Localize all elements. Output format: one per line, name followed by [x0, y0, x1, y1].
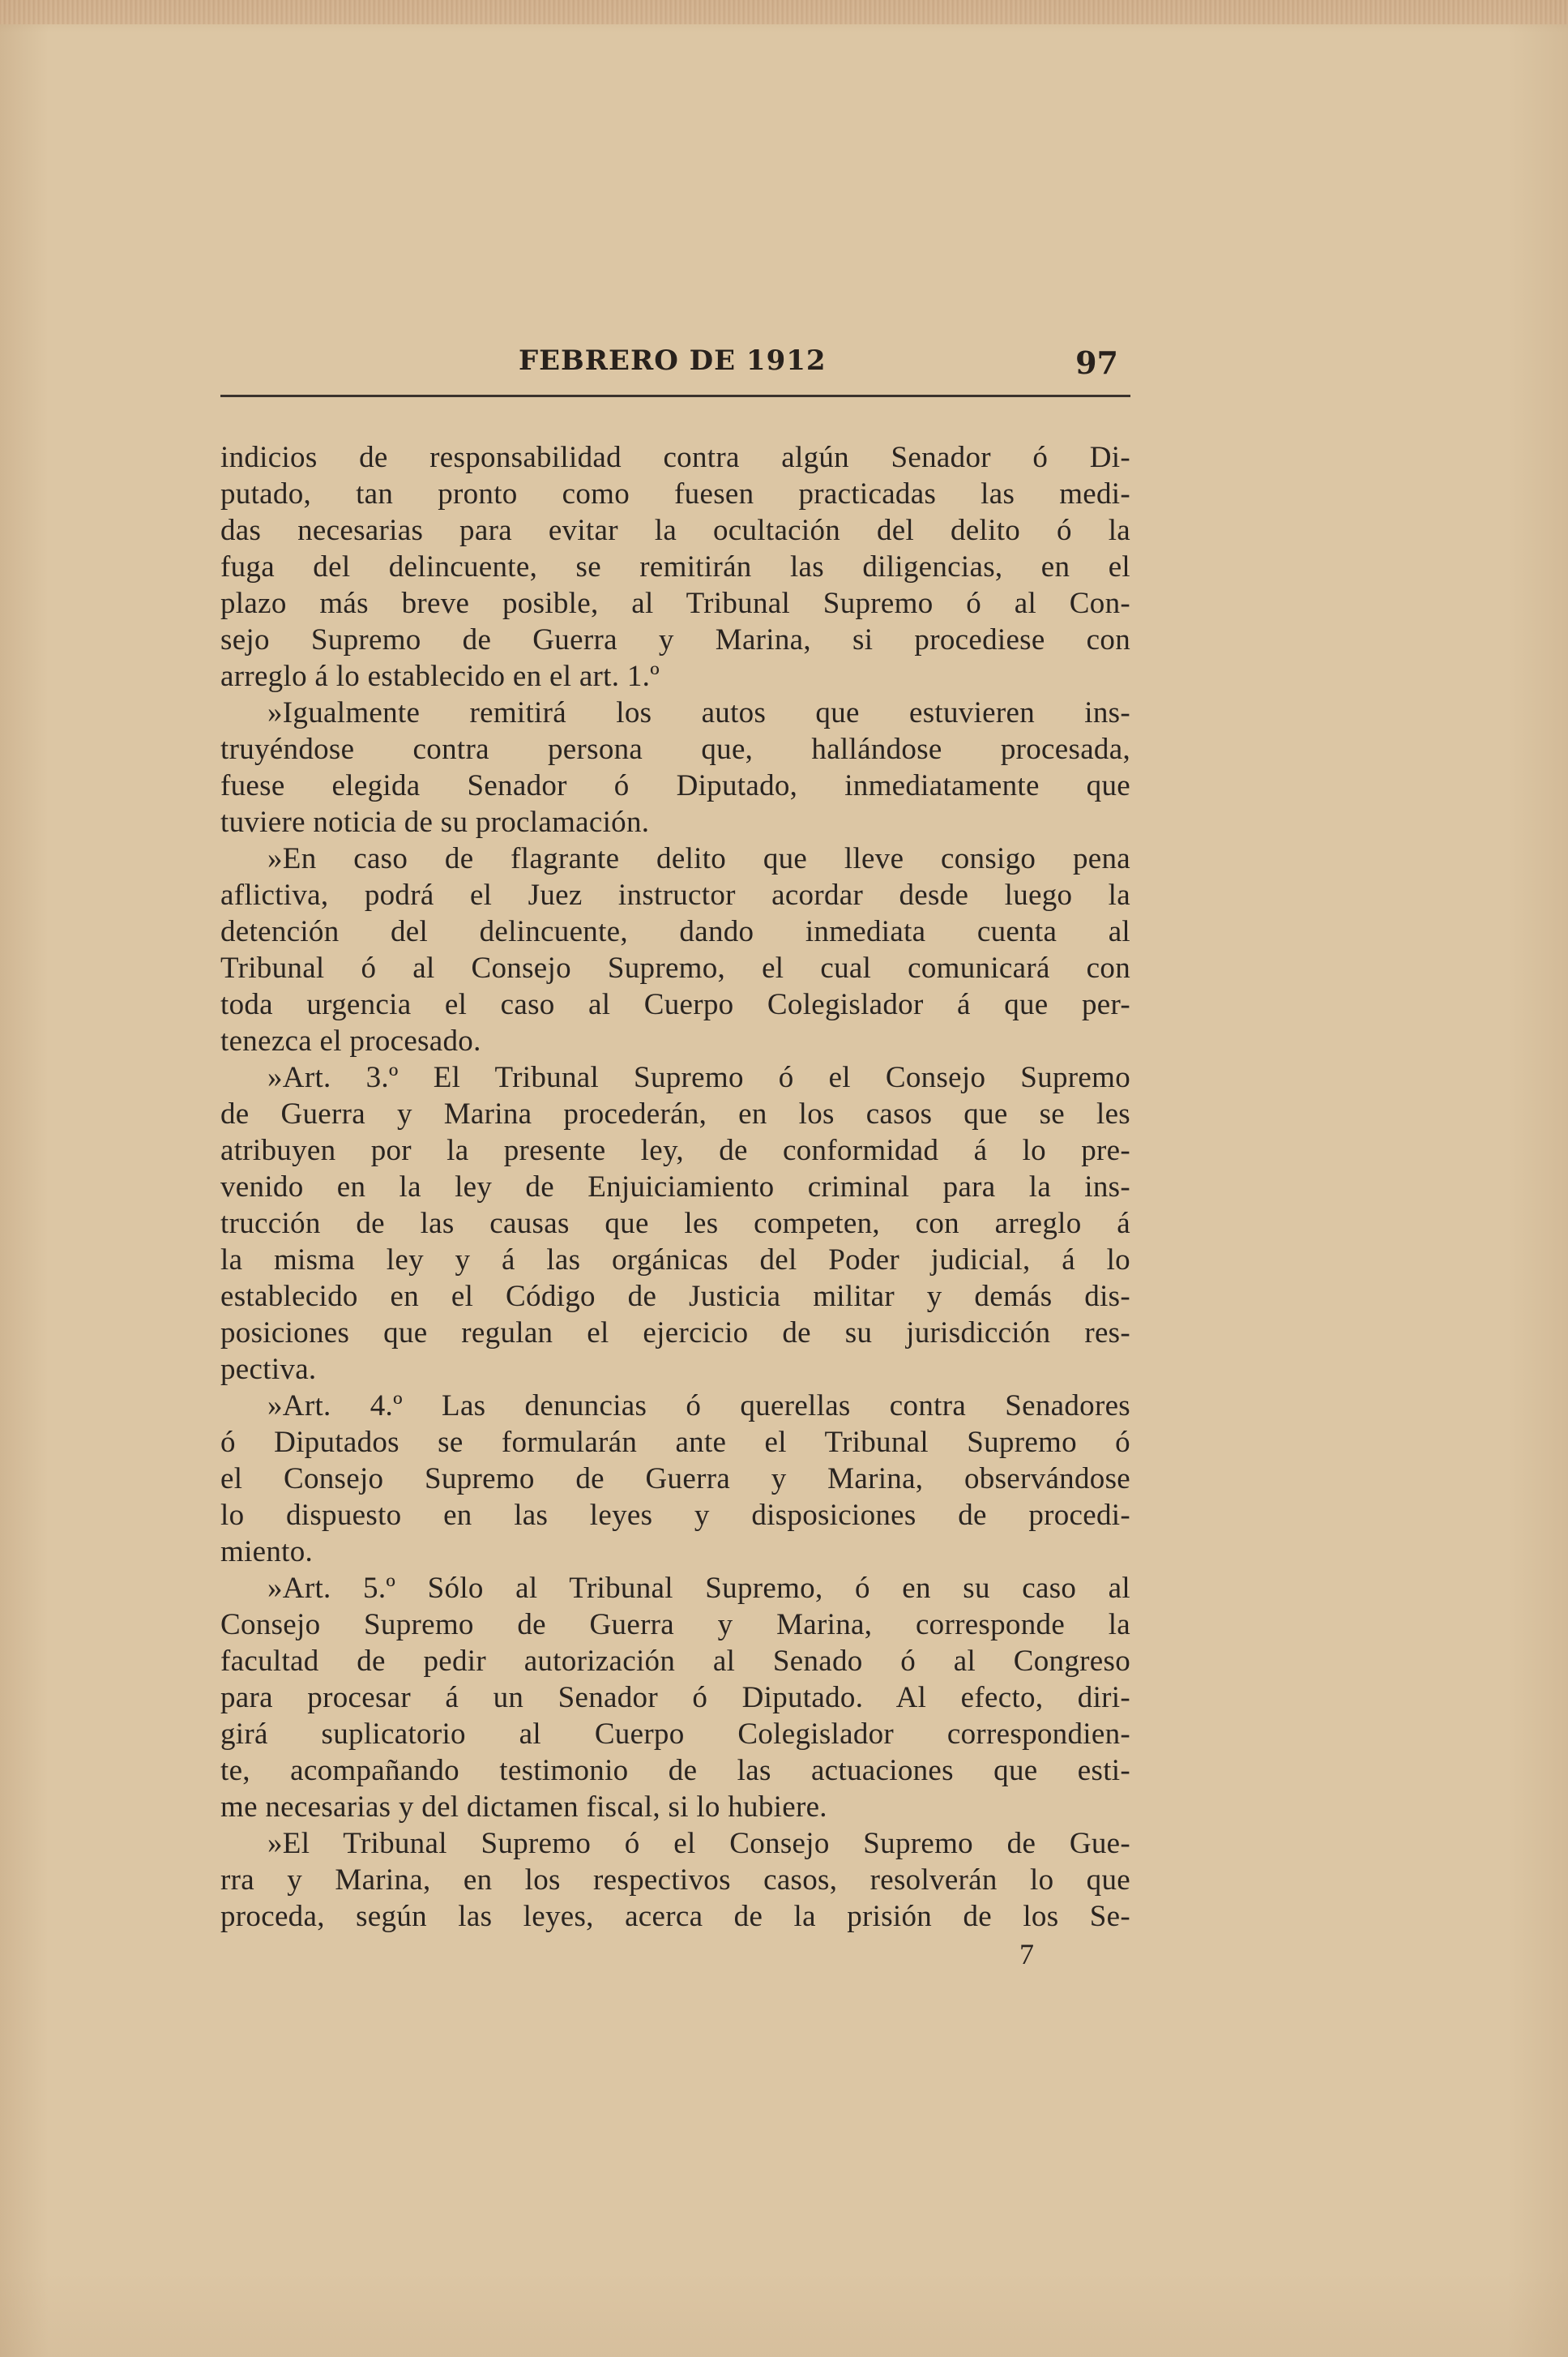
text-line: establecido en el Código de Justicia mil…	[220, 1278, 1130, 1315]
text-line: el Consejo Supremo de Guerra y Marina, o…	[220, 1461, 1130, 1497]
text-line: tenezca el procesado.	[220, 1023, 1130, 1059]
text-line: tuviere noticia de su proclamación.	[220, 804, 1130, 841]
text-line: para procesar á un Senador ó Diputado. A…	[220, 1679, 1130, 1716]
text-line: de Guerra y Marina procederán, en los ca…	[220, 1096, 1130, 1132]
text-line: miento.	[220, 1534, 1130, 1570]
text-line: putado, tan pronto como fuesen practicad…	[220, 476, 1130, 512]
text-line: »Art. 5.º Sólo al Tribunal Supremo, ó en…	[220, 1570, 1130, 1606]
signature-mark: 7	[1019, 1937, 1034, 1971]
header-rule	[220, 395, 1130, 397]
text-line: te, acompañando testimonio de las actuac…	[220, 1752, 1130, 1789]
text-line: Tribunal ó al Consejo Supremo, el cual c…	[220, 950, 1130, 986]
text-line: plazo más breve posible, al Tribunal Sup…	[220, 585, 1130, 622]
text-line: »El Tribunal Supremo ó el Consejo Suprem…	[220, 1825, 1130, 1862]
text-line: pectiva.	[220, 1351, 1130, 1388]
running-head: FEBRERO DE 1912	[519, 344, 827, 377]
text-line: girá suplicatorio al Cuerpo Colegislador…	[220, 1716, 1130, 1752]
text-line: arreglo á lo establecido en el art. 1.º	[220, 658, 1130, 695]
text-line: ó Diputados se formularán ante el Tribun…	[220, 1424, 1130, 1461]
text-line: lo dispuesto en las leyes y disposicione…	[220, 1497, 1130, 1534]
page-number: 97	[1075, 344, 1118, 381]
text-line: indicios de responsabilidad contra algún…	[220, 439, 1130, 476]
text-line: me necesarias y del dictamen fiscal, si …	[220, 1789, 1130, 1825]
text-line: truyéndose contra persona que, hallándos…	[220, 731, 1130, 768]
text-line: posiciones que regulan el ejercicio de s…	[220, 1315, 1130, 1351]
body-text: indicios de responsabilidad contra algún…	[220, 439, 1130, 1935]
page-header: FEBRERO DE 1912 97	[220, 344, 1130, 385]
text-line: aflictiva, podrá el Juez instructor acor…	[220, 877, 1130, 913]
text-line: »Art. 3.º El Tribunal Supremo ó el Conse…	[220, 1059, 1130, 1096]
text-line: »Art. 4.º Las denuncias ó querellas cont…	[220, 1388, 1130, 1424]
text-line: rra y Marina, en los respectivos casos, …	[220, 1862, 1130, 1898]
text-line: toda urgencia el caso al Cuerpo Colegisl…	[220, 986, 1130, 1023]
text-line: das necesarias para evitar la ocultación…	[220, 512, 1130, 549]
text-line: »Igualmente remitirá los autos que estuv…	[220, 695, 1130, 731]
text-line: venido en la ley de Enjuiciamiento crimi…	[220, 1169, 1130, 1205]
text-line: la misma ley y á las orgánicas del Poder…	[220, 1242, 1130, 1278]
text-line: sejo Supremo de Guerra y Marina, si proc…	[220, 622, 1130, 658]
text-line: facultad de pedir autorización al Senado…	[220, 1643, 1130, 1679]
text-line: proceda, según las leyes, acerca de la p…	[220, 1898, 1130, 1935]
text-line: fuga del delincuente, se remitirán las d…	[220, 549, 1130, 585]
text-line: »En caso de flagrante delito que lleve c…	[220, 841, 1130, 877]
text-line: fuese elegida Senador ó Diputado, inmedi…	[220, 768, 1130, 804]
text-line: atribuyen por la presente ley, de confor…	[220, 1132, 1130, 1169]
text-line: trucción de las causas que les competen,…	[220, 1205, 1130, 1242]
scan-top-edge	[0, 0, 1568, 24]
text-line: detención del delincuente, dando inmedia…	[220, 913, 1130, 950]
text-line: Consejo Supremo de Guerra y Marina, corr…	[220, 1606, 1130, 1643]
